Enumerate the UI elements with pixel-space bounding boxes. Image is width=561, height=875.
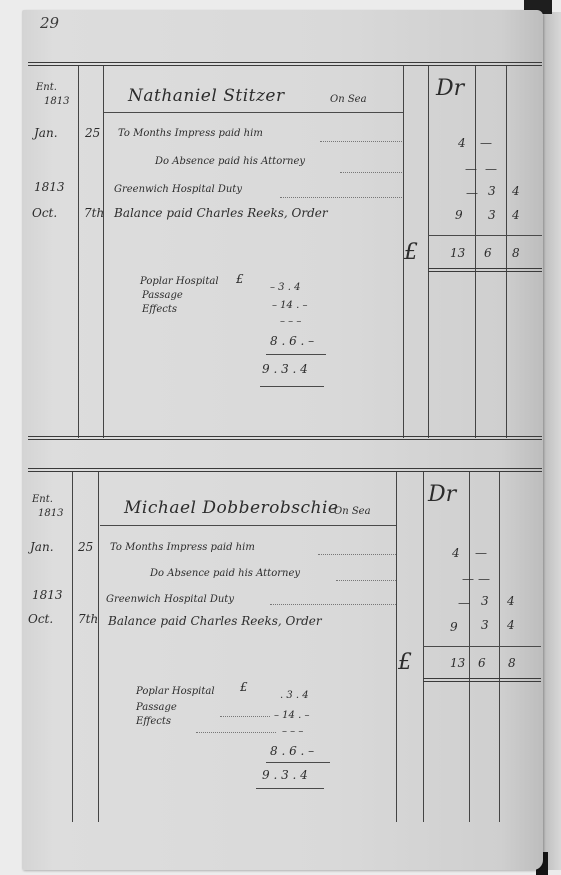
ent-label: Ent. <box>32 494 53 505</box>
line-shillings: 3 <box>488 208 496 222</box>
line-pounds: — <box>466 186 478 200</box>
line-shillings: 3 <box>481 594 489 608</box>
seaman-name: Nathaniel Stitzer <box>128 86 285 106</box>
line-pounds: — <box>462 572 474 586</box>
line-shillings: 3 <box>488 184 496 198</box>
line-text: Balance paid Charles Reeks, Order <box>108 614 322 628</box>
total-shillings: 6 <box>478 656 486 670</box>
breakdown-value: – 14 . – <box>272 300 307 311</box>
line-pounds: 4 <box>452 546 460 560</box>
subtotal-rule <box>266 354 326 355</box>
total-pounds: 13 <box>450 656 465 670</box>
line-day: 25 <box>78 540 93 554</box>
column-rule-desc <box>396 472 397 822</box>
total-pounds: 13 <box>450 246 465 260</box>
line-pence: 4 <box>512 208 520 222</box>
column-rule-pounds <box>428 66 429 438</box>
breakdown-label: Poplar Hospital <box>140 276 219 287</box>
breakdown-label: Effects <box>142 304 177 315</box>
seaman-status: On Sea <box>330 94 367 105</box>
debit-header: Dr <box>436 76 464 101</box>
ent-year: 1813 <box>44 96 69 107</box>
breakdown-value: . 3 . 4 <box>280 690 309 701</box>
line-text: Greenwich Hospital Duty <box>106 594 234 605</box>
breakdown-subtotal: 8 . 6 . – <box>270 744 314 758</box>
page-number: 29 <box>40 14 59 32</box>
breakdown-label: Passage <box>136 702 177 713</box>
line-pence: 4 <box>507 618 515 632</box>
breakdown-value: – 14 . – <box>274 710 309 721</box>
line-month: Oct. <box>32 206 57 220</box>
grand-total-rule <box>256 788 324 789</box>
breakdown-label: Poplar Hospital <box>136 686 215 697</box>
line-month: 1813 <box>34 180 65 194</box>
leader-dots <box>336 580 396 581</box>
total-bottom-rule <box>423 678 541 682</box>
ent-year: 1813 <box>38 508 63 519</box>
line-pounds: — <box>458 596 470 610</box>
column-rule-date <box>78 66 79 438</box>
line-pence: 4 <box>512 184 520 198</box>
leader-dots <box>220 716 270 717</box>
seaman-status: On Sea <box>334 506 371 517</box>
breakdown-grand-total: 9 . 3 . 4 <box>262 362 308 376</box>
breakdown-value: – – – <box>282 726 303 737</box>
total-bottom-rule <box>428 268 542 272</box>
subtotal-rule <box>266 762 330 763</box>
name-underline <box>100 525 396 526</box>
total-pence: 8 <box>512 246 520 260</box>
leader-dots <box>318 554 396 555</box>
line-pounds: 9 <box>455 208 463 222</box>
line-pounds: 4 <box>458 136 466 150</box>
breakdown-pound-sign: £ <box>240 680 248 694</box>
column-rule-pounds <box>423 472 424 822</box>
breakdown-grand-total: 9 . 3 . 4 <box>262 768 308 782</box>
line-month: 1813 <box>32 588 63 602</box>
breakdown-subtotal: 8 . 6 . – <box>270 334 314 348</box>
column-rule-day <box>98 472 99 822</box>
line-pence: 4 <box>507 594 515 608</box>
column-rule-pence <box>499 472 500 822</box>
leader-dots <box>280 197 402 198</box>
debit-header: Dr <box>428 482 456 507</box>
line-shillings: — <box>475 546 487 560</box>
line-text: Balance paid Charles Reeks, Order <box>114 206 328 220</box>
total-shillings: 6 <box>484 246 492 260</box>
line-shillings: — <box>478 572 490 586</box>
ent-label: Ent. <box>36 82 57 93</box>
total-top-rule <box>428 235 542 236</box>
breakdown-value: – 3 . 4 <box>270 282 300 293</box>
grand-total-rule <box>260 386 324 387</box>
line-shillings: — <box>480 136 492 150</box>
line-day: 7th <box>78 612 98 626</box>
leader-dots <box>196 732 276 733</box>
column-rule-day <box>103 66 104 438</box>
entry-top-rule <box>28 62 542 66</box>
line-shillings: — <box>485 162 497 176</box>
band-bottom-rule <box>28 468 542 472</box>
breakdown-label: Passage <box>142 290 183 301</box>
line-month: Jan. <box>34 126 58 140</box>
column-rule-shillings <box>469 472 470 822</box>
line-text: Do Absence paid his Attorney <box>155 156 305 167</box>
name-underline <box>104 112 404 113</box>
line-text: To Months Impress paid him <box>110 542 255 553</box>
column-rule-date <box>72 472 73 822</box>
adjacent-page-edge <box>543 12 561 870</box>
band-top-rule <box>28 436 542 440</box>
line-day: 25 <box>85 126 100 140</box>
total-pound-sign: £ <box>398 650 412 675</box>
leader-dots <box>340 172 402 173</box>
column-rule-shillings <box>475 66 476 438</box>
line-text: To Months Impress paid him <box>118 128 263 139</box>
line-pounds: — <box>465 162 477 176</box>
total-top-rule <box>423 646 541 647</box>
breakdown-label: Effects <box>136 716 171 727</box>
leader-dots <box>270 604 396 605</box>
total-pound-sign: £ <box>404 240 418 265</box>
line-text: Do Absence paid his Attorney <box>150 568 300 579</box>
line-text: Greenwich Hospital Duty <box>114 184 242 195</box>
column-rule-pence <box>506 66 507 438</box>
breakdown-value: – – – <box>280 316 301 327</box>
breakdown-pound-sign: £ <box>236 272 244 286</box>
line-shillings: 3 <box>481 618 489 632</box>
line-pounds: 9 <box>450 620 458 634</box>
line-day: 7th <box>84 206 104 220</box>
seaman-name: Michael Dobberobschie <box>124 498 338 518</box>
leader-dots <box>320 141 402 142</box>
line-month: Jan. <box>30 540 54 554</box>
total-pence: 8 <box>508 656 516 670</box>
line-month: Oct. <box>28 612 53 626</box>
